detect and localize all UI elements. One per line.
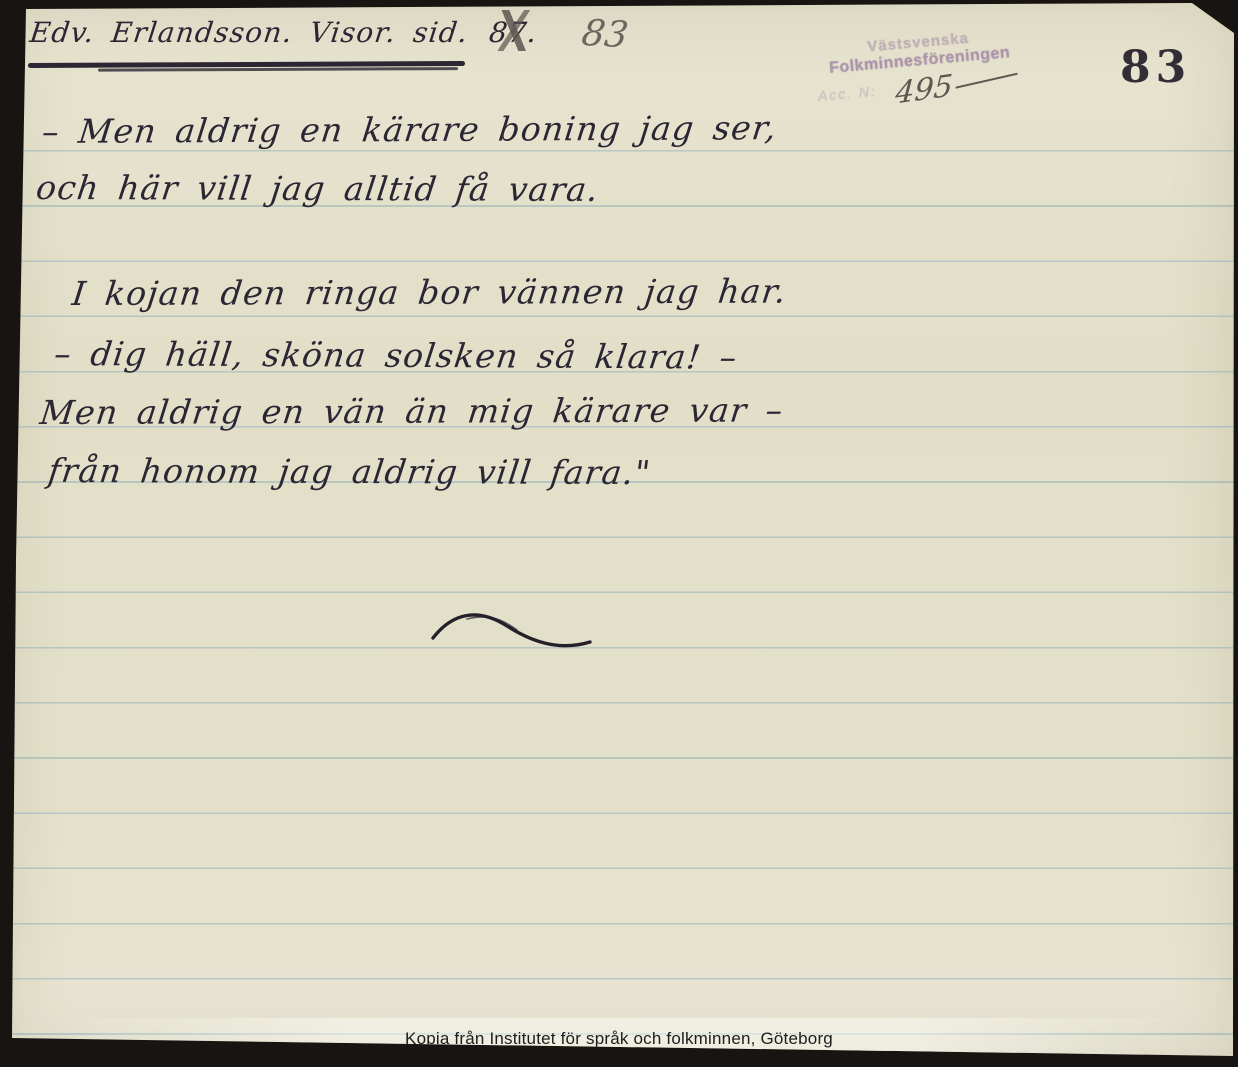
verse-line-5: Men aldrig en vän än mig kärare var – xyxy=(38,390,786,432)
verse-line-2: och här vill jag alltid få vara. xyxy=(34,168,602,209)
verse-line-4: – dig häll, sköna solsken så klara! – xyxy=(52,334,740,377)
stamp-accession-label: Acc. N: xyxy=(817,83,877,104)
verse-line-3: I kojan den ringa bor vännen jag har. xyxy=(70,272,789,313)
pencil-page-number: 83 xyxy=(579,13,631,56)
verse-line-1: – Men aldrig en kärare boning jag ser, xyxy=(40,108,779,151)
printed-page-number: 83 xyxy=(1120,42,1191,93)
header-underline xyxy=(28,61,465,68)
scan-background: Edv. Erlandsson. Visor. sid. 87. 83 Väst… xyxy=(0,0,1238,1067)
handwritten-swash-divider xyxy=(427,604,597,664)
verse-line-6: från honom jag aldrig vill fara." xyxy=(46,451,653,492)
footer-caption: Kopia från Institutet för språk och folk… xyxy=(0,1029,1238,1049)
header-crossed-out-page-number: 87. xyxy=(487,16,539,49)
header-title: Edv. Erlandsson. Visor. sid. 87. xyxy=(28,16,540,49)
manuscript-paper: Edv. Erlandsson. Visor. sid. 87. 83 Väst… xyxy=(0,0,1238,1067)
header-title-text: Edv. Erlandsson. Visor. sid. xyxy=(28,16,470,49)
archive-stamp: Västsvenska Folkminnesföreningen Acc. N:… xyxy=(805,24,1035,115)
